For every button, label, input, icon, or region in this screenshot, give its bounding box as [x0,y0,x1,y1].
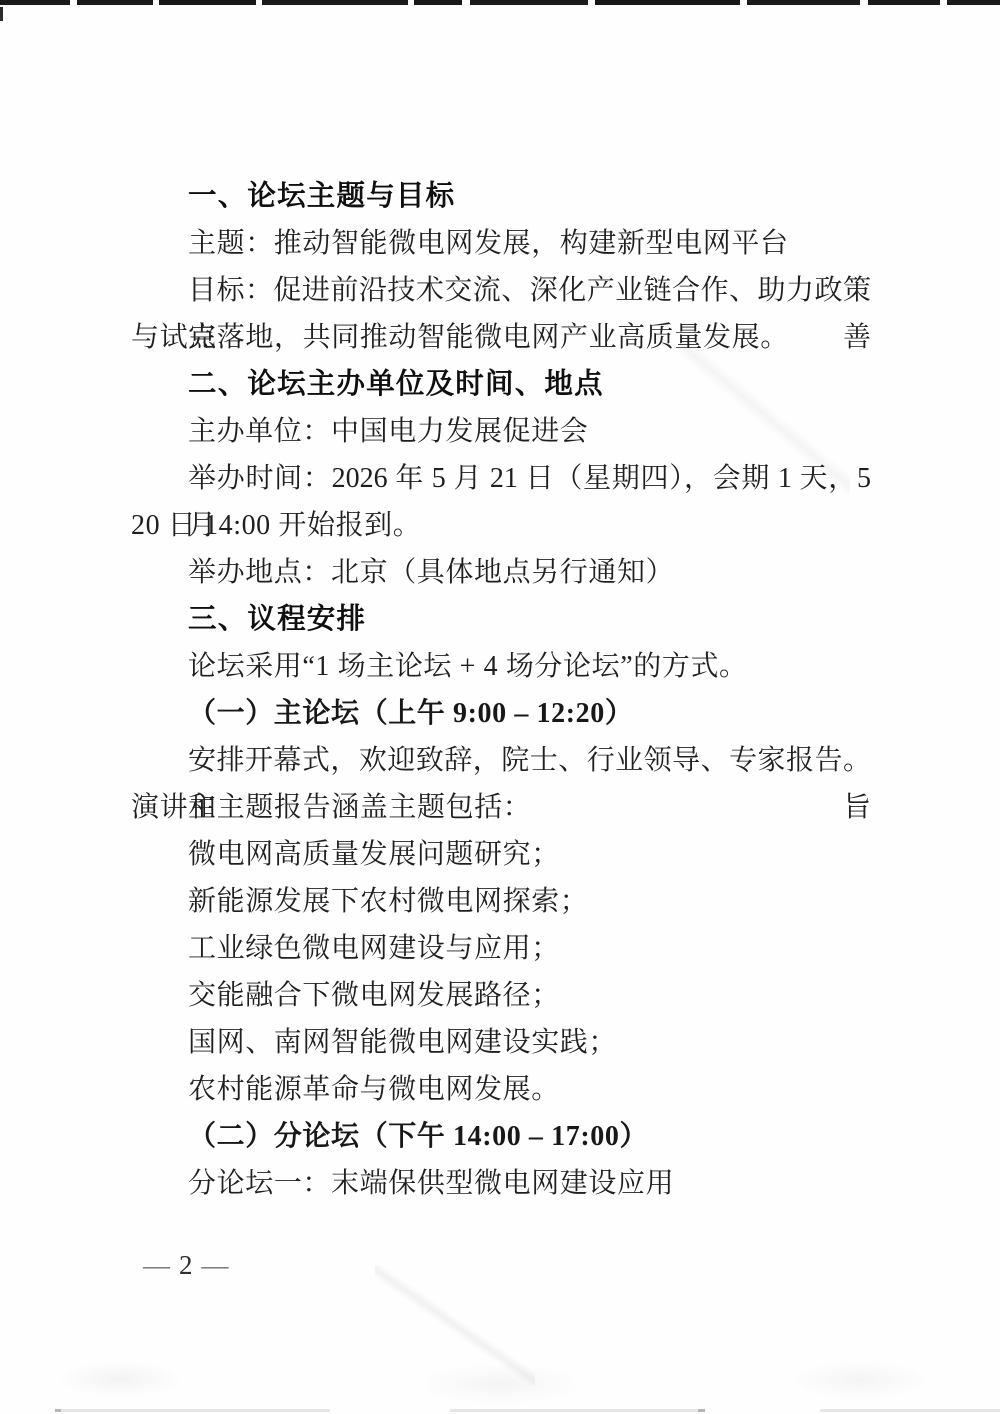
heading-line: 三、议程安排 [131,596,871,643]
body-line: 论坛采用“1 场主论坛 + 4 场分论坛”的方式。 [131,643,871,690]
body-line: 举办地点：北京（具体地点另行通知） [131,549,871,596]
body-line: 微电网高质量发展问题研究； [131,831,871,878]
page-number-value: 2 [179,1250,193,1280]
body-line: 主办单位：中国电力发展促进会 [131,408,871,455]
body-line: 交能融合下微电网发展路径； [131,972,871,1019]
heading-line: 一、论坛主题与目标 [131,173,871,220]
subheading-line: （二）分论坛（下午 14:00 – 17:00） [131,1113,871,1160]
body-line: 工业绿色微电网建设与应用； [131,925,871,972]
body-line: 与试点落地，共同推动智能微电网产业高质量发展。 [131,314,871,361]
document-page: 一、论坛主题与目标主题：推动智能微电网发展，构建新型电网平台目标：促进前沿技术交… [0,0,1000,1414]
scan-edge-bottom-artifact [0,1409,1000,1412]
page-number-right-dash: — [202,1250,229,1280]
body-line: 安排开幕式，欢迎致辞，院士、行业领导、专家报告。主旨 [131,737,871,784]
body-line: 农村能源革命与微电网发展。 [131,1066,871,1113]
page-number: —2— [143,1248,229,1282]
body-line: 20 日 14:00 开始报到。 [131,502,871,549]
scan-smudges [0,1334,1000,1414]
page-number-left-dash: — [143,1250,170,1280]
subheading-line: （一）主论坛（上午 9:00 – 12:20） [131,690,871,737]
body-line: 分论坛一：末端保供型微电网建设应用 [131,1160,871,1207]
document-body: 一、论坛主题与目标主题：推动智能微电网发展，构建新型电网平台目标：促进前沿技术交… [131,173,871,1207]
body-line: 主题：推动智能微电网发展，构建新型电网平台 [131,220,871,267]
scan-edge-left-mark [0,7,3,21]
scan-edge-top-artifact [0,0,1000,5]
body-line: 国网、南网智能微电网建设实践； [131,1019,871,1066]
body-line: 目标：促进前沿技术交流、深化产业链合作、助力政策完善 [131,267,871,314]
body-line: 举办时间：2026 年 5 月 21 日（星期四），会期 1 天，5 月 [131,455,871,502]
heading-line: 二、论坛主办单位及时间、地点 [131,361,871,408]
body-line: 新能源发展下农村微电网探索； [131,878,871,925]
